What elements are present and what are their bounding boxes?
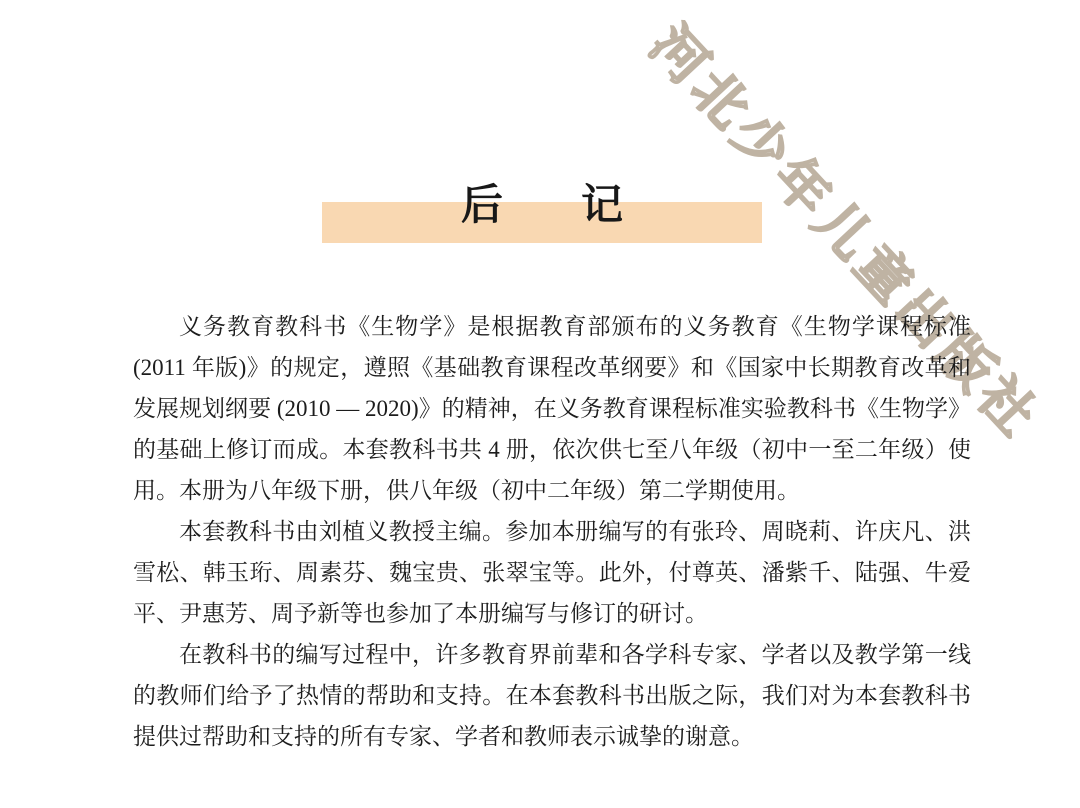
textbook-afterword-page: 河北少年儿童出版社 后 记 义务教育教科书《生物学》是根据教育部颁布的义务教育《…	[0, 0, 1080, 808]
paragraph-revision-basis: 义务教育教科书《生物学》是根据教育部颁布的义务教育《生物学课程标准(2011 年…	[133, 306, 971, 511]
page-title-char-ji: 记	[581, 182, 623, 228]
page-title-char-hou: 后	[461, 182, 503, 228]
paragraph-editors-list: 本套教科书由刘植义教授主编。参加本册编写的有张玲、周晓莉、许庆凡、洪雪松、韩玉珩…	[133, 511, 971, 634]
paragraph-acknowledgements: 在教科书的编写过程中，许多教育界前辈和各学科专家、学者以及教学第一线的教师们给予…	[133, 634, 971, 757]
afterword-body: 义务教育教科书《生物学》是根据教育部颁布的义务教育《生物学课程标准(2011 年…	[133, 306, 971, 757]
page-title: 后 记	[322, 182, 762, 228]
